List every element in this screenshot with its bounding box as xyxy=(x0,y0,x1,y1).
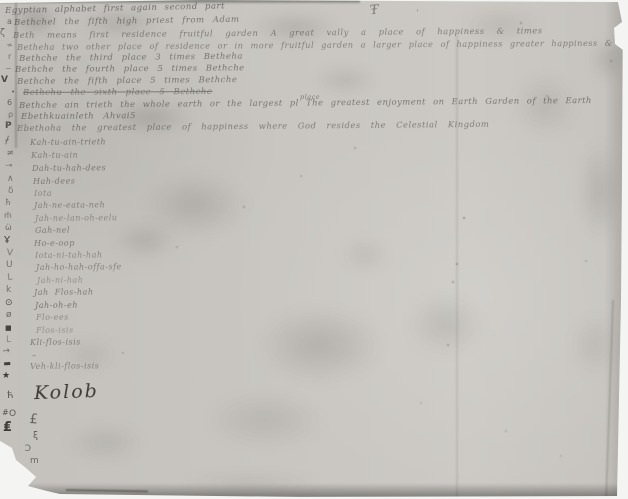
ink-speck xyxy=(420,402,422,404)
egyptian-character: ⊸ xyxy=(5,162,13,171)
margin-mark: ≁ xyxy=(6,41,14,50)
ink-speck xyxy=(176,246,178,248)
margin-mark: ~ xyxy=(5,65,12,73)
margin-mark: ₤ xyxy=(3,421,12,434)
transliteration-line: Jah-ne-lan-oh-eelu xyxy=(35,213,118,223)
margin-mark: ▬ xyxy=(16,477,26,488)
transliteration-line: Gah-nel xyxy=(35,226,70,235)
transliteration-line: Flos-isis xyxy=(36,326,74,335)
transliteration-line: Dah-tu-hah-dees xyxy=(32,163,106,173)
margin-mark: 6 xyxy=(7,99,12,107)
margin-mark: V xyxy=(1,76,8,85)
transliteration-line: Hah-dees xyxy=(33,177,75,186)
ink-speck xyxy=(354,147,356,149)
ink-speck xyxy=(300,175,302,177)
paper-stain xyxy=(330,230,400,280)
egyptian-character: ≠ xyxy=(6,149,15,159)
egyptian-character: ▬ xyxy=(3,359,11,368)
margin-mark: # xyxy=(2,409,9,417)
handwritten-line: Ebethkuainleth Ahvai5 xyxy=(21,111,136,122)
margin-mark: ζ xyxy=(0,29,5,38)
transliteration-line: Veh-kli-flos-isis xyxy=(30,361,99,371)
margin-mark: m xyxy=(30,457,39,466)
transliteration-line: Iota xyxy=(34,189,52,198)
paper-stain xyxy=(100,215,190,265)
egyptian-character: k xyxy=(6,286,11,295)
handwritten-line: Bethche the third place 3 times Betheha xyxy=(19,52,243,64)
egyptian-character: ø xyxy=(6,311,12,320)
paper-stain xyxy=(390,280,500,370)
kolob-label: Kolob xyxy=(34,380,100,404)
ink-speck xyxy=(243,206,245,208)
egyptian-character: ⊙ xyxy=(5,299,13,308)
handwritten-line: Bethche the fifth place 5 times Bethche xyxy=(17,75,238,87)
manuscript-scan: Ŧ Kolob Egyptian alphabet first again se… xyxy=(0,0,628,499)
egyptian-character: Ұ xyxy=(4,236,10,246)
ink-speck xyxy=(447,344,449,346)
margin-mark: C xyxy=(25,445,31,454)
paper-stain xyxy=(180,380,350,460)
margin-mark: r xyxy=(8,53,11,61)
egyptian-character: ∧ xyxy=(7,175,14,184)
transliteration-line: Iota-ni-tah-hah xyxy=(35,250,103,260)
margin-mark: £ xyxy=(29,413,38,427)
transliteration-line: Jah-ni-hah xyxy=(37,276,83,285)
margin-mark: ћ xyxy=(7,391,14,401)
transliteration-line: – xyxy=(32,351,37,360)
transliteration-line: Kli-flos-isis xyxy=(30,338,81,347)
margin-mark: ρ xyxy=(8,111,13,119)
margin-mark: • xyxy=(11,89,15,96)
egyptian-character: ■ xyxy=(5,325,12,332)
egyptian-character: L xyxy=(7,273,13,282)
ink-speck xyxy=(456,263,458,265)
paper-right-edge-shadow xyxy=(604,0,622,499)
margin-mark: a xyxy=(7,18,12,26)
manuscript-paper: Ŧ Kolob Egyptian alphabet first again se… xyxy=(0,0,628,499)
handwritten-line: Bethchu the sixth place 5 Bethche xyxy=(23,87,212,98)
ink-speck xyxy=(560,455,562,457)
handwritten-line: Bethche the fourth place 5 times Bethche xyxy=(15,63,245,75)
handwritten-line: place xyxy=(300,93,320,101)
ink-speck xyxy=(505,430,507,432)
handwritten-line: Bethchel the fifth high priest from Adam xyxy=(14,15,240,28)
transliteration-line: Ho-e-oop xyxy=(34,239,75,248)
transliteration-line: Kah-tu-ain-trieth xyxy=(30,137,106,147)
transliteration-line: Jah-ho-hah-offa-sfe xyxy=(36,262,122,272)
margin-mark: ξ xyxy=(33,432,38,441)
egyptian-character: V xyxy=(6,249,13,258)
egyptian-character: δ xyxy=(8,187,14,196)
transliteration-line: Jah-oh-eh xyxy=(35,301,78,310)
ink-speck xyxy=(520,22,522,24)
paper-bottom-edge-shadow xyxy=(0,483,628,497)
egyptian-character: m̄ xyxy=(4,212,12,220)
ink-speck xyxy=(122,352,124,354)
margin-mark: O xyxy=(9,410,16,419)
ink-speck xyxy=(463,217,465,219)
egyptian-character: → xyxy=(2,347,11,357)
margin-mark: ’ xyxy=(416,10,419,19)
egyptian-character: L xyxy=(6,336,11,345)
handwritten-line: Betheha two other place of residence or … xyxy=(17,38,628,52)
egyptian-character: U xyxy=(6,261,13,270)
transliteration-line: Kah-tu-ain xyxy=(31,151,78,160)
egyptian-character: ω̈ xyxy=(5,224,12,232)
ink-speck xyxy=(585,260,587,262)
margin-mark: P xyxy=(5,122,12,131)
transliteration-line: Jah Flos-hah xyxy=(34,287,94,297)
page-number-mark: Ŧ xyxy=(369,3,379,19)
transliteration-line: Jah-ne-eata-neh xyxy=(34,200,105,210)
paper-stain xyxy=(50,415,160,470)
egyptian-character: ★ xyxy=(2,372,10,381)
ink-speck xyxy=(452,281,454,283)
transliteration-line: Flo-ees xyxy=(36,313,69,322)
egyptian-character: ♄ xyxy=(4,199,12,208)
